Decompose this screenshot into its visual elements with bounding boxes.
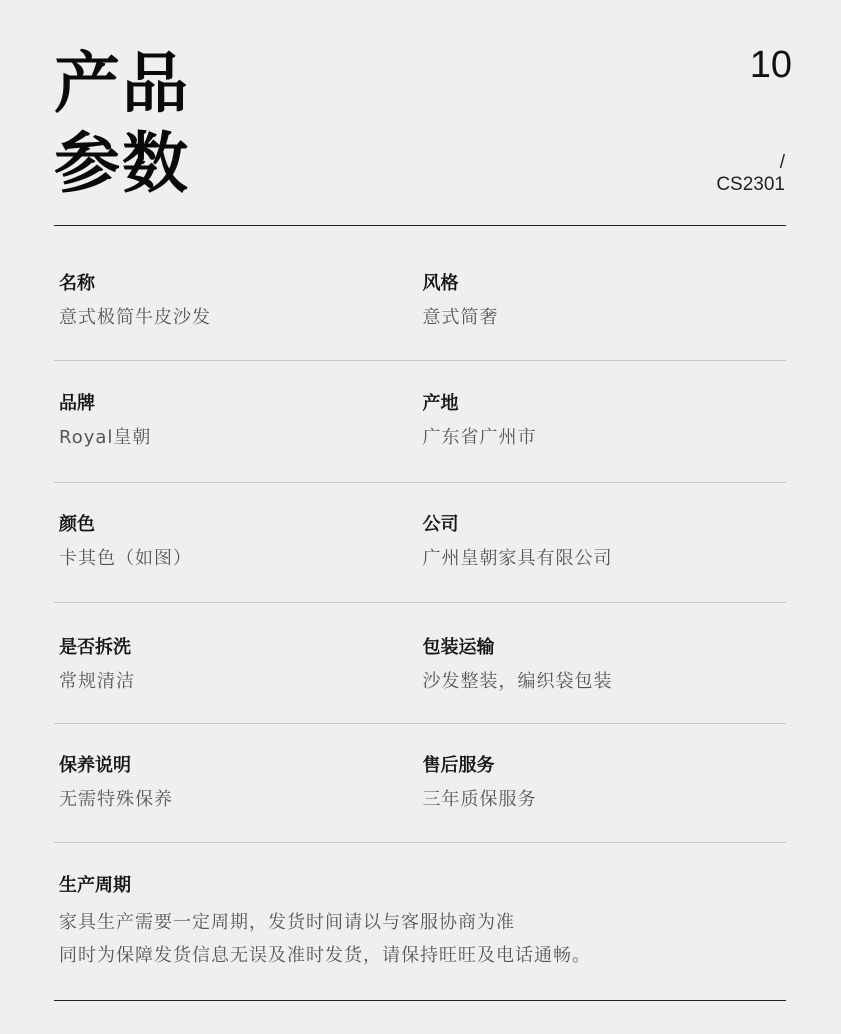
param-label: 品牌 [59,392,423,416]
param-row: 保养说明 无需特殊保养 售后服务 三年质保服务 [54,724,786,843]
param-label: 售后服务 [423,754,787,778]
param-value: Royal皇朝 [59,426,423,450]
param-value: 意式简奢 [423,306,787,330]
param-packaging: 包装运输 沙发整装，编织袋包装 [423,636,787,723]
production-cycle: 生产周期 家具生产需要一定周期，发货时间请以与客服协商为准 同时为保障发货信息无… [59,874,591,972]
param-label: 包装运输 [423,636,787,660]
param-company: 公司 广州皇朝家具有限公司 [423,513,787,602]
param-row: 名称 意式极简牛皮沙发 风格 意式简奢 [54,226,786,361]
param-value: 家具生产需要一定周期，发货时间请以与客服协商为准 同时为保障发货信息无误及准时发… [59,906,591,972]
params-grid: 名称 意式极简牛皮沙发 风格 意式简奢 品牌 Royal皇朝 产地 广东省广州市… [54,226,786,843]
param-value: 卡其色（如图） [59,547,423,571]
code-separator: / [716,152,785,174]
product-code: CS2301 [716,174,785,196]
param-value: 广州皇朝家具有限公司 [423,547,787,571]
param-row: 品牌 Royal皇朝 产地 广东省广州市 [54,361,786,483]
page-title: 产品 参数 [54,44,190,204]
page-number: 10 [750,44,792,87]
param-value: 沙发整装，编织袋包装 [423,670,787,694]
param-value: 无需特殊保养 [59,788,423,812]
param-label: 颜色 [59,513,423,537]
product-code-block: / CS2301 [716,152,785,196]
param-row: 颜色 卡其色（如图） 公司 广州皇朝家具有限公司 [54,483,786,603]
param-name: 名称 意式极简牛皮沙发 [59,272,423,360]
bottom-divider [54,1000,786,1001]
param-label: 保养说明 [59,754,423,778]
param-brand: 品牌 Royal皇朝 [59,392,423,482]
title-line-2: 参数 [54,124,190,204]
param-label: 产地 [423,392,787,416]
param-label: 是否拆洗 [59,636,423,660]
title-line-1: 产品 [54,44,190,124]
param-maintenance: 保养说明 无需特殊保养 [59,754,423,842]
param-label: 名称 [59,272,423,296]
param-washable: 是否拆洗 常规清洁 [59,636,423,723]
param-label: 公司 [423,513,787,537]
param-origin: 产地 广东省广州市 [423,392,787,482]
param-row: 是否拆洗 常规清洁 包装运输 沙发整装，编织袋包装 [54,603,786,724]
production-line-1: 家具生产需要一定周期，发货时间请以与客服协商为准 [59,906,591,939]
param-label: 生产周期 [59,874,591,898]
param-value: 意式极简牛皮沙发 [59,306,423,330]
param-value: 常规清洁 [59,670,423,694]
param-label: 风格 [423,272,787,296]
param-value: 三年质保服务 [423,788,787,812]
param-style: 风格 意式简奢 [423,272,787,360]
param-color: 颜色 卡其色（如图） [59,513,423,602]
param-value: 广东省广州市 [423,426,787,450]
param-after-sales: 售后服务 三年质保服务 [423,754,787,842]
production-line-2: 同时为保障发货信息无误及准时发货，请保持旺旺及电话通畅。 [59,939,591,972]
